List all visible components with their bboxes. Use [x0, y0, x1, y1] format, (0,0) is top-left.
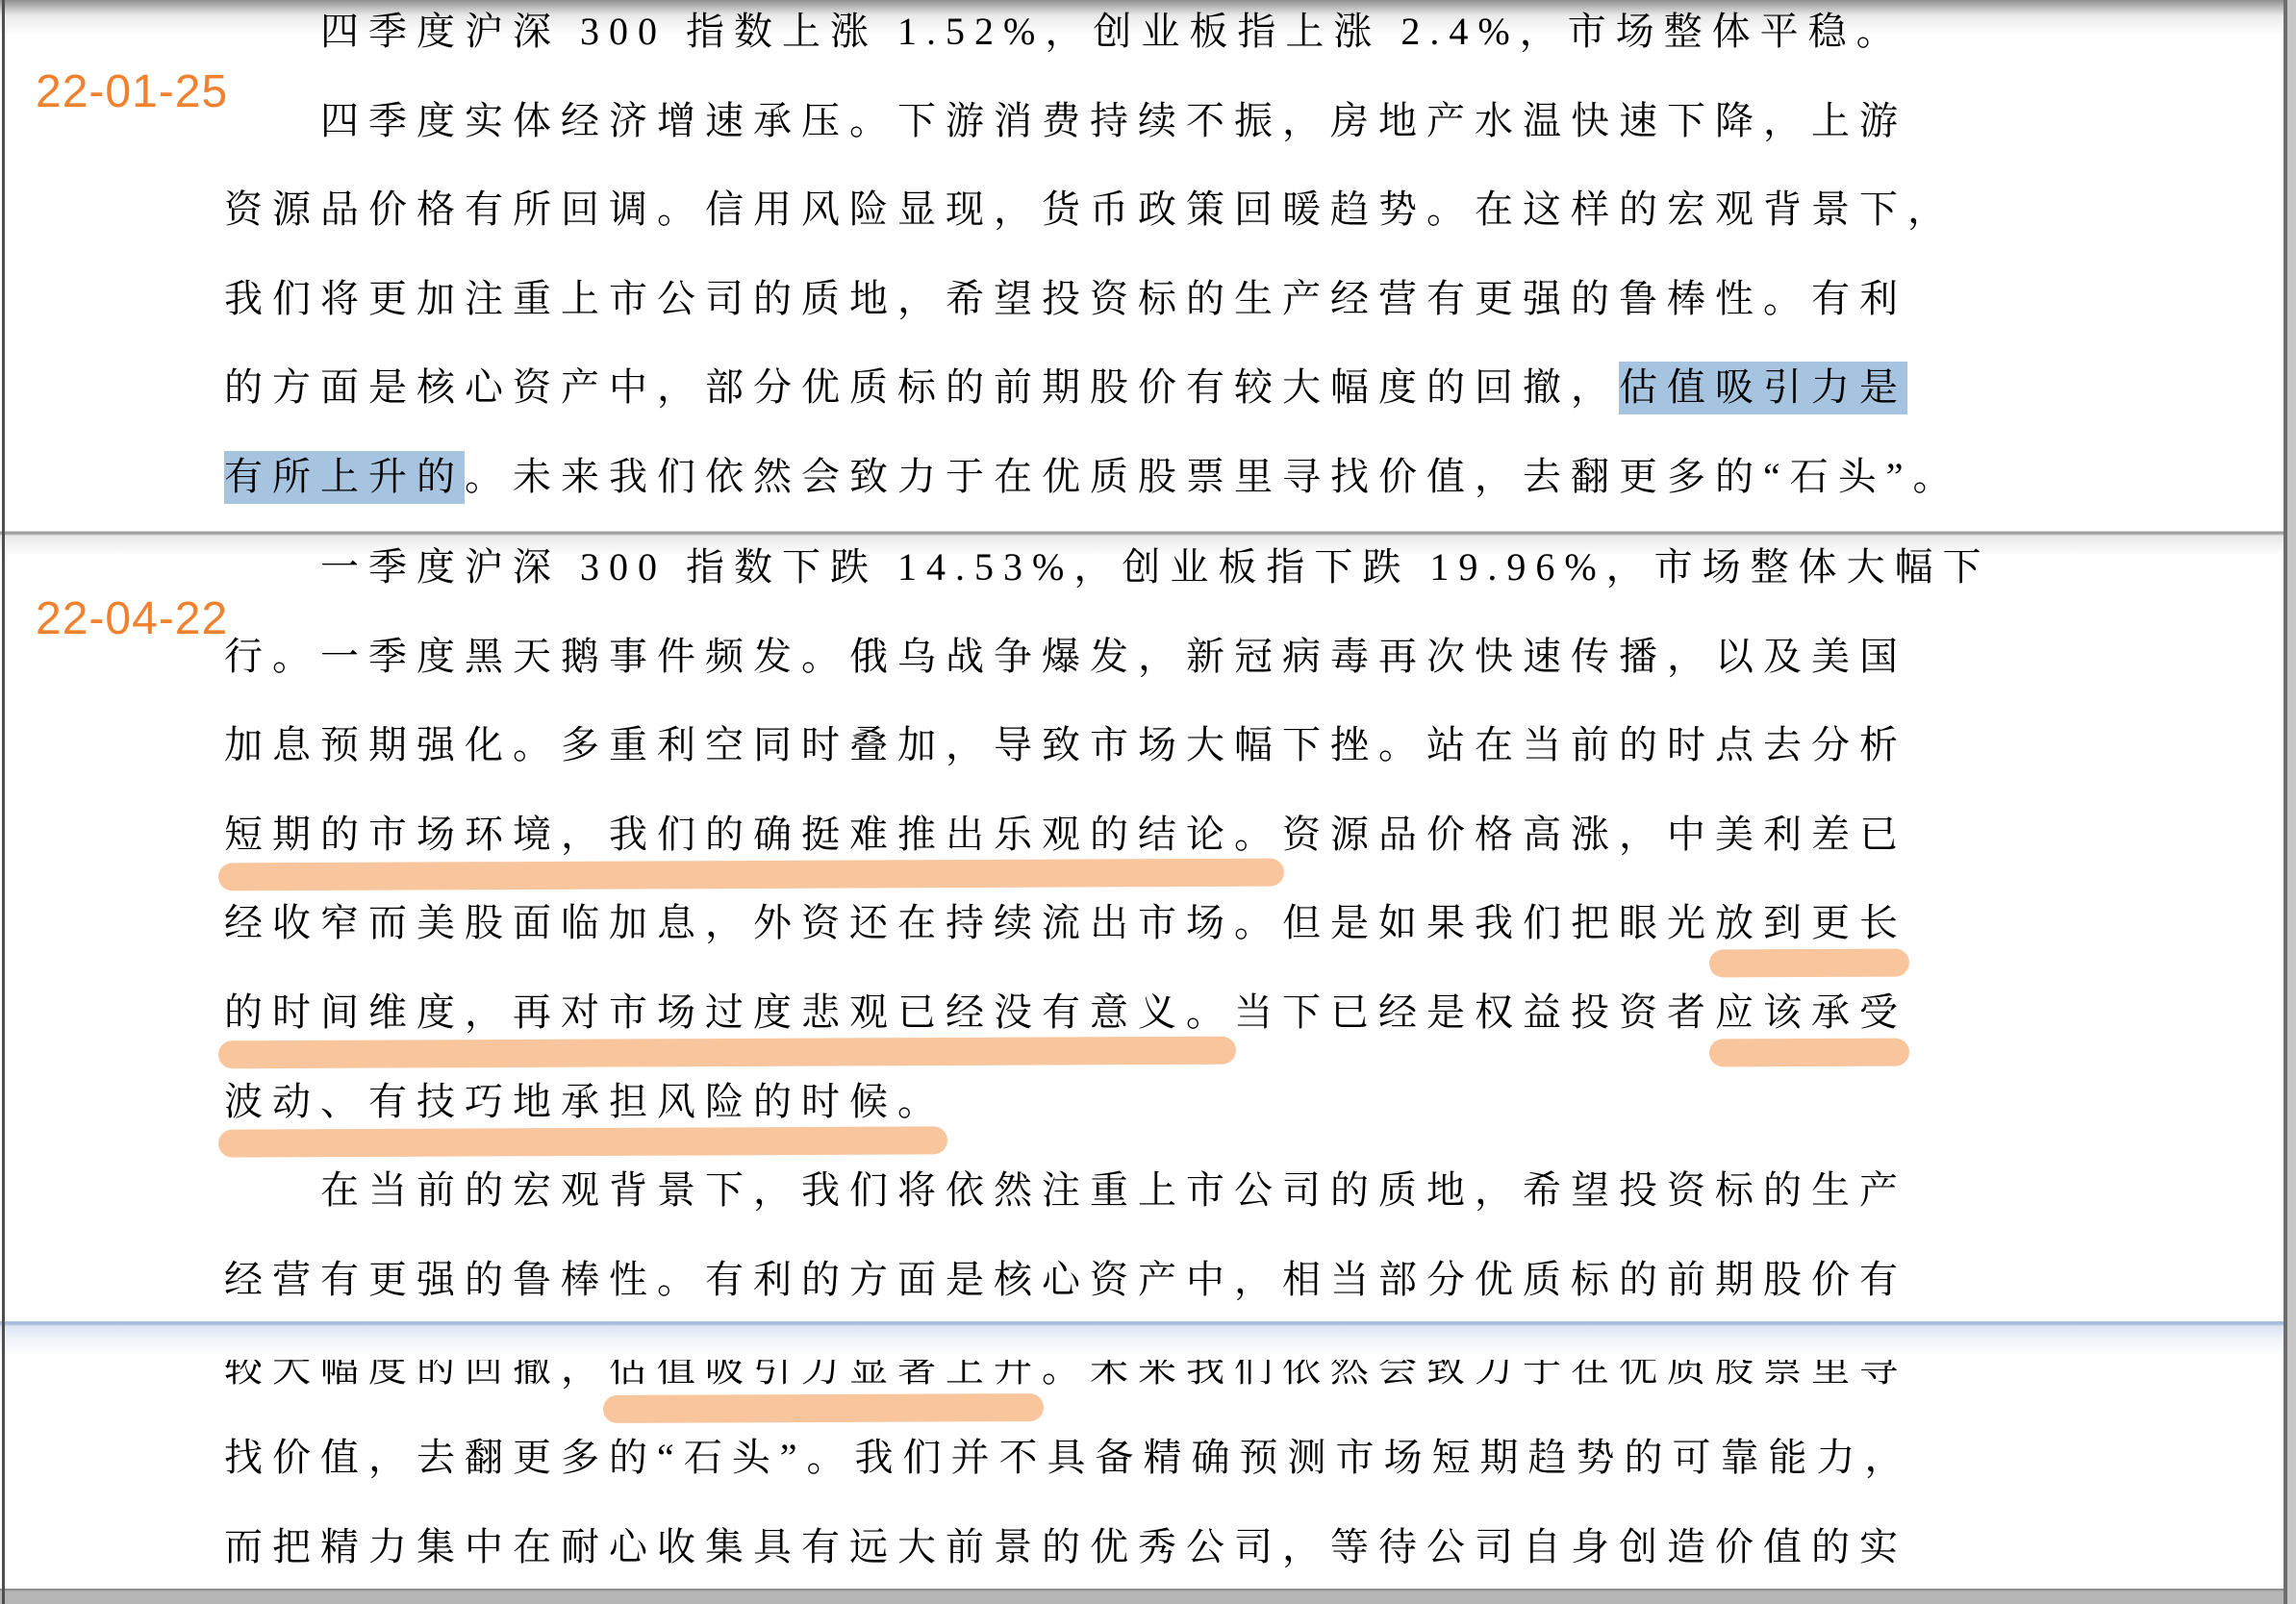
text-line: 有所上升的。未来我们依然会致力于在优质股票里寻找价值，去翻更多的“石头”。 — [224, 458, 1961, 496]
text-segment: 四季度沪深 300 指数上涨 1.52%，创业板指上涨 2.4%，市场整体平稳。 — [320, 10, 1905, 53]
text-segment: 的方面是核心资产中，部分优质标的前期股价有较大幅度的回撤， — [224, 365, 1619, 409]
page-edge-left — [2, 0, 5, 1604]
underline-orange-marker: 短期的市场环境，我们的确挺难推出乐观的结论。 — [224, 815, 1282, 854]
text-segment: 而把精力集中在耐心收集具有远大前景的优秀公司，等待公司自身创造价值的实 — [224, 1525, 1907, 1568]
text-line: 波动、有技巧地承担风险的时候。 — [224, 1083, 946, 1121]
underline-orange-marker: 的时间维度，再对市场过度悲观已经没有意义。 — [224, 993, 1234, 1032]
text-segment: 我们将更加注重上市公司的质地，希望投资标的生产经营有更强的鲁棒性。有利 — [224, 277, 1907, 320]
text-line: 而把精力集中在耐心收集具有远大前景的优秀公司，等待公司自身创造价值的实 — [224, 1528, 1907, 1566]
text-segment: 加息预期强化。多重利空同时叠加，导致市场大幅下挫。站在当前的时点去分析 — [224, 723, 1907, 766]
text-line: 短期的市场环境，我们的确挺难推出乐观的结论。资源品价格高涨，中美利差已 — [224, 815, 1907, 854]
text-line: 资源品价格有所回调。信用风险显现，货币政策回暖趋势。在这样的宏观背景下， — [224, 190, 1955, 229]
text-line: 四季度实体经济增速承压。下游消费持续不振，房地产水温快速下降，上游 — [224, 102, 1907, 140]
text-segment: 经营有更强的鲁棒性。有利的方面是核心资产中，相当部分优质标的前期股价有 — [224, 1258, 1907, 1301]
text-segment: 一季度沪深 300 指数下跌 14.53%，创业板指下跌 19.96%，市场整体… — [320, 545, 1991, 589]
underline-orange-marker: 应该承受 — [1715, 993, 1907, 1032]
text-line: 经营有更强的鲁棒性。有利的方面是核心资产中，相当部分优质标的前期股价有 — [224, 1261, 1907, 1299]
text-line: 四季度沪深 300 指数上涨 1.52%，创业板指上涨 2.4%，市场整体平稳。 — [224, 13, 1905, 51]
text-segment: 四季度实体经济增速承压。下游消费持续不振，房地产水温快速下降，上游 — [320, 99, 1907, 142]
text-line: 我们将更加注重上市公司的质地，希望投资标的生产经营有更强的鲁棒性。有利 — [224, 280, 1907, 318]
page-edge-right-margin — [2287, 0, 2296, 1604]
text-line: 找价值，去翻更多的“石头”。我们并不具备精确预测市场短期趋势的可靠能力， — [224, 1439, 1913, 1477]
text-segment: 经收窄而美股面临加息，外资还在持续流出市场。但是如果我们把眼光 — [224, 901, 1715, 944]
highlight-blue: 有所上升的 — [224, 451, 465, 504]
text-segment: 找价值，去翻更多的“石头”。我们并不具备精确预测市场短期趋势的可靠能力， — [224, 1436, 1913, 1479]
text-segment: 。未来我们依然会致力于在优质股票里寻找价值，去翻更多的“石头”。 — [465, 455, 1961, 498]
bottom-page-seam — [0, 1589, 2296, 1604]
text-segment: 当下已经是权益投资者 — [1234, 990, 1715, 1034]
text-line: 的时间维度，再对市场过度悲观已经没有意义。当下已经是权益投资者应该承受 — [224, 993, 1907, 1032]
text-line: 的方面是核心资产中，部分优质标的前期股价有较大幅度的回撤，估值吸引力是 — [224, 368, 1907, 407]
entry-date: 22-04-22 — [36, 594, 228, 644]
entry-date: 22-01-25 — [36, 67, 228, 117]
underline-orange-marker: 波动、有技巧地承担风险的时候。 — [224, 1083, 946, 1121]
text-line: 一季度沪深 300 指数下跌 14.53%，创业板指下跌 19.96%，市场整体… — [224, 548, 1991, 587]
document-page: 22-01-25 四季度沪深 300 指数上涨 1.52%，创业板指上涨 2.4… — [0, 0, 2296, 1604]
text-segment: 资源品价格高涨，中美利差已 — [1282, 813, 1907, 856]
highlight-blue: 估值吸引力是 — [1619, 362, 1907, 414]
text-line: 经收窄而美股面临加息，外资还在持续流出市场。但是如果我们把眼光放到更长 — [224, 904, 1907, 942]
text-segment: 行。一季度黑天鹅事件频发。俄乌战争爆发，新冠病毒再次快速传播，以及美国 — [224, 635, 1907, 678]
text-line: 加息预期强化。多重利空同时叠加，导致市场大幅下挫。站在当前的时点去分析 — [224, 726, 1907, 764]
text-line: 行。一季度黑天鹅事件频发。俄乌战争爆发，新冠病毒再次快速传播，以及美国 — [224, 638, 1907, 676]
underline-orange-marker: 放到更长 — [1715, 904, 1907, 942]
text-line: 在当前的宏观背景下，我们将依然注重上市公司的质地，希望投资标的生产 — [224, 1171, 1907, 1210]
page-break-band — [0, 1321, 2296, 1360]
text-segment: 资源品价格有所回调。信用风险显现，货币政策回暖趋势。在这样的宏观背景下， — [224, 188, 1955, 231]
text-segment: 在当前的宏观背景下，我们将依然注重上市公司的质地，希望投资标的生产 — [320, 1168, 1907, 1212]
